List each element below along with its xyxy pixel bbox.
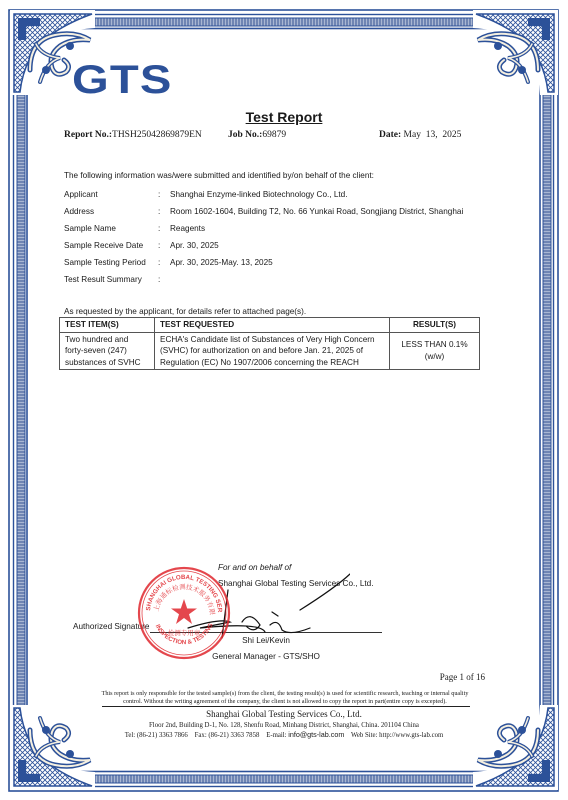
info-label: Test Result Summary <box>64 275 158 285</box>
header-test-items: TEST ITEM(S) <box>60 318 155 333</box>
page-number: Page 1 of 16 <box>0 672 485 683</box>
info-label: Address <box>64 207 158 217</box>
header-results: RESULT(S) <box>390 318 480 333</box>
job-number: Job No.:69879 <box>228 129 286 141</box>
results-table: TEST ITEM(S) TEST REQUESTED RESULT(S) Tw… <box>59 317 480 370</box>
disclaimer-line: control. Without the writing agreement o… <box>60 698 510 706</box>
info-value: Reagents <box>170 224 205 234</box>
report-number: Report No.:THSH25042869879EN <box>64 129 202 141</box>
footer-email-label: E-mail: <box>266 732 286 739</box>
footer-divider <box>102 706 470 707</box>
report-date: Date: May 13, 2025 <box>379 129 461 141</box>
footer-contact: Tel: (86-21) 3363 7866 Fax: (86-21) 3363… <box>0 730 568 740</box>
footer-company: Shanghai Global Testing Services Co., Lt… <box>0 709 568 720</box>
job-number-value: 69879 <box>262 130 286 140</box>
info-colon: : <box>158 224 160 234</box>
cell-test-item: Two hundred and forty-seven (247) substa… <box>60 332 155 370</box>
info-label: Sample Name <box>64 224 158 234</box>
cell-result: LESS THAN 0.1% (w/w) <box>390 332 480 370</box>
info-label: Applicant <box>64 190 158 200</box>
star-icon <box>171 599 197 624</box>
cell-test-requested: ECHA's Candidate list of Substances of V… <box>155 332 390 370</box>
info-value: Shanghai Enzyme-linked Biotechnology Co.… <box>170 190 348 200</box>
cell-line: LESS THAN 0.1% <box>395 339 474 351</box>
info-colon: : <box>158 207 160 217</box>
footer-fax: Fax: (86-21) 3363 7858 <box>195 732 260 739</box>
job-number-label: Job No.: <box>228 130 262 140</box>
cell-line: ECHA's Candidate list of Substances of V… <box>160 334 384 346</box>
cell-line: Regulation (EC) No 1907/2006 concerning … <box>160 357 384 369</box>
info-value: Room 1602-1604, Building T2, No. 66 Yunk… <box>170 207 463 217</box>
footer-web-link[interactable]: http://www.gts-lab.com <box>379 732 443 739</box>
cell-line: forty-seven (247) <box>65 345 149 357</box>
info-label: Sample Receive Date <box>64 241 158 251</box>
info-value: Apr. 30, 2025-May. 13, 2025 <box>170 258 273 268</box>
cell-line: (SVHC) for authorization on and before J… <box>160 345 384 357</box>
table-header-row: TEST ITEM(S) TEST REQUESTED RESULT(S) <box>60 318 480 333</box>
footer-address: Floor 2nd, Building D-1, No. 128, Shenfu… <box>0 721 568 730</box>
header-test-requested: TEST REQUESTED <box>155 318 390 333</box>
info-colon: : <box>158 275 160 285</box>
report-number-label: Report No.: <box>64 130 112 140</box>
client-intro: The following information was/were submi… <box>64 171 374 181</box>
report-date-label: Date: <box>379 130 401 140</box>
info-colon: : <box>158 241 160 251</box>
gts-logo: GTS <box>72 60 173 100</box>
cell-line: Two hundred and <box>65 334 149 346</box>
report-date-value: May 13, 2025 <box>404 130 462 140</box>
cell-line: substances of SVHC <box>65 357 149 369</box>
info-value: Apr. 30, 2025 <box>170 241 219 251</box>
cell-line: (w/w) <box>395 351 474 363</box>
info-colon: : <box>158 258 160 268</box>
stamp-chinese-seal: 检测专用章 <box>168 628 201 637</box>
page-title: Test Report <box>0 109 568 125</box>
footer-tel: Tel: (86-21) 3363 7866 <box>125 732 188 739</box>
table-row: Two hundred and forty-seven (247) substa… <box>60 332 480 370</box>
disclaimer: This report is only responsible for the … <box>60 690 510 706</box>
footer-email-link[interactable]: info@gts-lab.com <box>288 730 344 739</box>
report-number-value: THSH25042869879EN <box>112 130 202 140</box>
results-intro: As requested by the applicant, for detai… <box>64 307 306 317</box>
info-label: Sample Testing Period <box>64 258 158 268</box>
footer-web-label: Web Site: <box>351 732 377 739</box>
info-colon: : <box>158 190 160 200</box>
disclaimer-line: This report is only responsible for the … <box>60 690 510 698</box>
company-seal-stamp: SHANGHAI GLOBAL TESTING SERVICES CO., LT… <box>136 565 232 661</box>
